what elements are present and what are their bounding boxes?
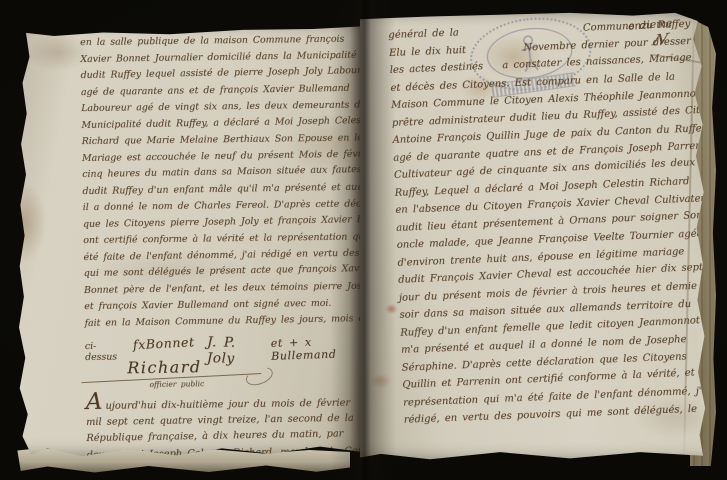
left-page: 7 en la salle publique de la maison Comm…	[12, 22, 362, 458]
right-page: onzieme N général de la Commune du Ruffe…	[360, 12, 710, 462]
signature-bonnet: fxBonnet	[132, 334, 194, 352]
closing-word: ci-dessus	[85, 340, 120, 363]
right-page-text: général de la Commune du Ruffey Elu le d…	[388, 15, 706, 429]
corner-mark: 7	[28, 19, 41, 37]
signature-joly: J. P. Joly	[207, 334, 258, 367]
signature-richard: Richard	[127, 357, 202, 380]
signature-row: ci-dessus fxBonnet J. P. Joly et + x Bul…	[85, 333, 361, 357]
left-page-text: en la salle publique de la maison Commun…	[80, 31, 363, 464]
manuscript-scan: 7 en la salle publique de la maison Comm…	[0, 0, 727, 480]
signature-bullemand: et + x Bullemand	[271, 334, 362, 363]
